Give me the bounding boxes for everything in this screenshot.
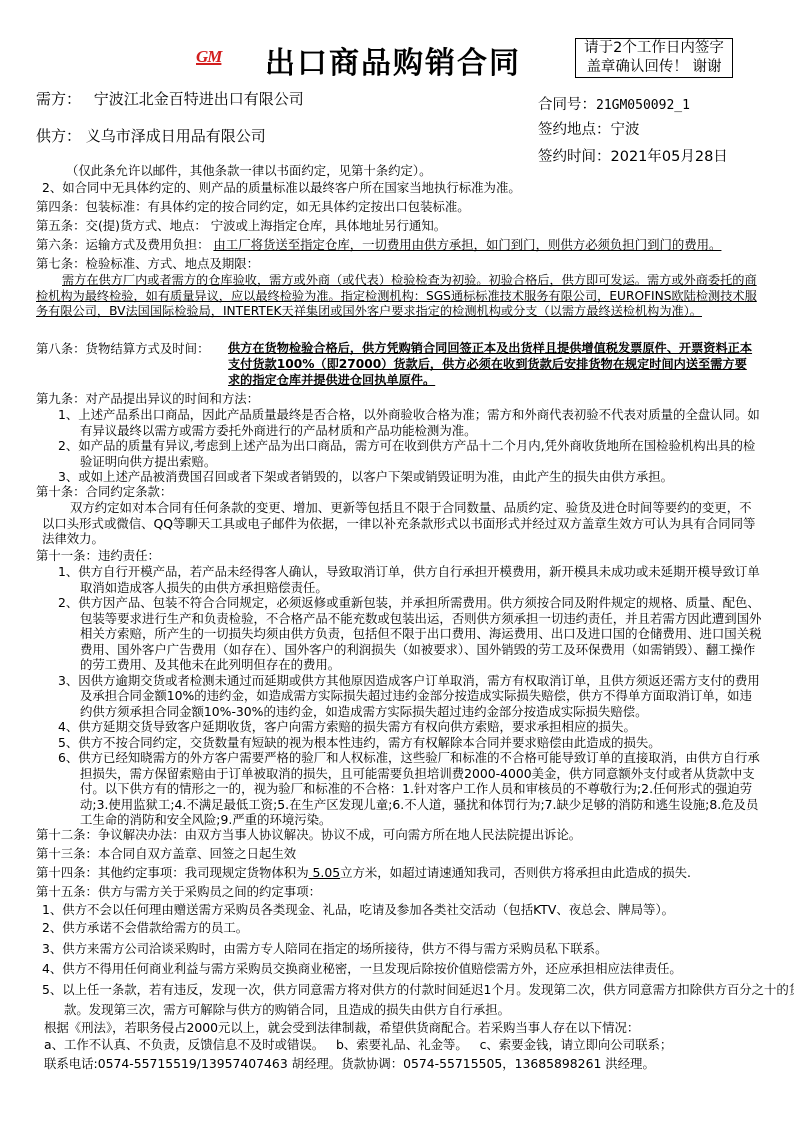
clause5-text: 宁波或上海指定仓库，具体地址另行通知。	[211, 218, 446, 233]
buyer-name: 宁波江北金百特进出口有限公司	[94, 90, 304, 108]
sign-request-line1: 请于2个工作日内签字	[576, 39, 732, 58]
clause12: 第十二条：争议解决办法：由双方当事人协议解决。协议不成，可向需方所在地人民法院提…	[36, 827, 581, 842]
signing-date-label: 签约时间：	[538, 149, 611, 165]
clause15-label: 第十五条：供方与需方关于采购员之间的约定事项：	[36, 884, 321, 899]
clause9-item-1: 1、上述产品系出口商品，因此产品质量最终是否合格，以外商验收合格为准；需方和外商…	[36, 407, 762, 438]
clause9-label: 第九条：对产品提出异议的时间和方法：	[36, 391, 259, 406]
signing-date-row: 签约时间：2021年05月28日	[538, 145, 728, 166]
signing-place: 宁波	[611, 122, 640, 138]
clause14-before: 第十四条：其他约定事项：我司现规定货物体积为	[36, 865, 309, 880]
misconduct-conditions: a、工作不认真、不负责，反馈信息不及时或错误。 b、索要礼品、礼金等。 c、索要…	[44, 1037, 672, 1052]
clause9-items: 1、上述产品系出口商品，因此产品质量最终是否合格，以外商验收合格为准；需方和外商…	[36, 407, 762, 485]
clause9-item-3: 3、或如上述产品被消费国召回或者下架或者销毁的，以客户下架或销毁证明为准，由此产…	[36, 469, 762, 485]
clause11-item-5: 5、供方不按合同约定，交货数量有短缺的视为根本性违约，需方有权解除本合同并要求赔…	[36, 735, 762, 751]
clause14: 第十四条：其他约定事项：我司现规定货物体积为 5.05立方米，如超过请速通知我司…	[36, 865, 691, 880]
seller-row: 供方： 义乌市泽成日用品有限公司	[36, 125, 266, 146]
law-note: 根据《刑法》，若职务侵占2000元以上，就会受到法律制裁，希望供货商配合。若采购…	[44, 1020, 639, 1035]
clause5-label: 第五条：交(提)货方式、地点：	[36, 218, 207, 233]
seller-label: 供方：	[36, 127, 81, 145]
clause13: 第十三条：本合同自双方盖章、回签之日起生效	[36, 846, 296, 861]
contract-number: 21GM050092_1	[596, 98, 690, 113]
company-logo: GM	[196, 47, 221, 67]
contract-number-label: 合同号：	[538, 97, 596, 113]
signing-place-label: 签约地点：	[538, 122, 611, 138]
clause6: 第六条：运输方式及费用负担： 由工厂将货送至指定仓库，一切费用由供方承担，如门到…	[36, 237, 721, 252]
signing-place-row: 签约地点：宁波	[538, 118, 640, 139]
cargo-volume: 5.05	[309, 865, 341, 880]
sign-request-line2: 盖章确认回传！ 谢谢	[576, 58, 732, 77]
clause11-item-4: 4、供方延期交货导致客户延期收货，客户向需方索赔的损失需方有权向供方索赔，要求承…	[36, 719, 762, 735]
clause15-item-3: 3、供方来需方公司洽谈采购时，由需方专人陪同在指定的场所接待，供方不得与需方采购…	[42, 941, 607, 956]
clause11-item-6: 6、供方已经知晓需方的外方客户需要严格的验厂和人权标准，这些验厂和标准的不合格可…	[36, 750, 762, 828]
clause10-text: 双方约定如对本合同有任何条款的变更、增加、更新等包括且不限于合同数量、品质约定、…	[36, 500, 762, 547]
clause8-text: 供方在货物检验合格后，供方凭购销合同回签正本及出货样且提供增值税发票原件、开票资…	[228, 340, 758, 388]
clause11-items: 1、供方自行开模产品，若产品未经得客人确认，导致取消订单，供方自行承担开模费用，…	[36, 564, 762, 828]
clause6-label: 第六条：运输方式及费用负担：	[36, 237, 209, 252]
clause8-label: 第八条：货物结算方式及时间：	[36, 341, 209, 356]
clause10-label: 第十条：合同约定条款：	[36, 484, 172, 499]
signing-date: 2021年05月28日	[611, 149, 728, 165]
clause15-item-2: 2、供方承诺不会借款给需方的员工。	[42, 920, 248, 935]
clause5: 第五条：交(提)货方式、地点： 宁波或上海指定仓库，具体地址另行通知。	[36, 218, 446, 233]
sign-request-box: 请于2个工作日内签字 盖章确认回传！ 谢谢	[575, 38, 733, 78]
buyer-row: 需方： 宁波江北金百特进出口有限公司	[36, 88, 304, 109]
contract-number-row: 合同号：21GM050092_1	[538, 93, 690, 114]
clause4: 第四条：包装标准：有具体约定的按合同约定，如无具体约定按出口包装标准。	[36, 199, 470, 214]
clause11-label: 第十一条：违约责任：	[36, 548, 160, 563]
clause15-item-1: 1、供方不会以任何理由赠送需方采购员各类现金、礼品，吃请及参加各类社交活动（包括…	[42, 902, 674, 917]
clause14-after: 立方米，如超过请速通知我司，否则供方将承担由此造成的损失.	[340, 865, 691, 880]
clause3-item2: 2、如合同中无具体约定的、则产品的质量标准以最终客户所在国家当地执行标准为准。	[42, 180, 521, 195]
seller-name: 义乌市泽成日用品有限公司	[86, 127, 266, 145]
clause15-item-5: 5、以上任一条款，若有违反，发现一次，供方同意需方将对供方的付款时间延迟1个月。…	[20, 980, 794, 1020]
buyer-label: 需方：	[36, 90, 81, 108]
clause3-note: （仅此条允许以邮件，其他条款一律以书面约定，见第十条约定）。	[66, 163, 432, 178]
clause9-item-2: 2、如产品的质量有异议,考虑到上述产品为出口商品，需方可在收到供方产品十二个月内…	[36, 438, 762, 469]
clause7-label: 第七条：检验标准、方式、地点及期限：	[36, 256, 259, 271]
clause11-item-3: 3、因供方逾期交货或者检测未通过而延期或供方其他原因造成客户订单取消，需方有权取…	[36, 673, 762, 720]
clause7-text: 需方在供方厂内或者需方的仓库验收，需方或外商（或代表）检验检查为初验。初验合格后…	[36, 273, 762, 320]
contact-info: 联系电话:0574-55715519/13957407463 胡经理。货款协调：…	[44, 1056, 655, 1071]
document-title: 出口商品购销合同	[265, 38, 521, 82]
clause11-item-1: 1、供方自行开模产品，若产品未经得客人确认，导致取消订单，供方自行承担开模费用，…	[36, 564, 762, 595]
clause6-text: 由工厂将货送至指定仓库，一切费用由供方承担，如门到门，则供方必须负担门到门的费用…	[213, 237, 721, 252]
clause15-item-4: 4、供方不得用任何商业利益与需方采购员交换商业秘密，一旦发现后除按价值赔偿需方外…	[42, 961, 682, 976]
clause11-item-2: 2、供方因产品、包装不符合合同规定，必须返修或重新包装，并承担所需费用。供方须按…	[36, 595, 762, 673]
